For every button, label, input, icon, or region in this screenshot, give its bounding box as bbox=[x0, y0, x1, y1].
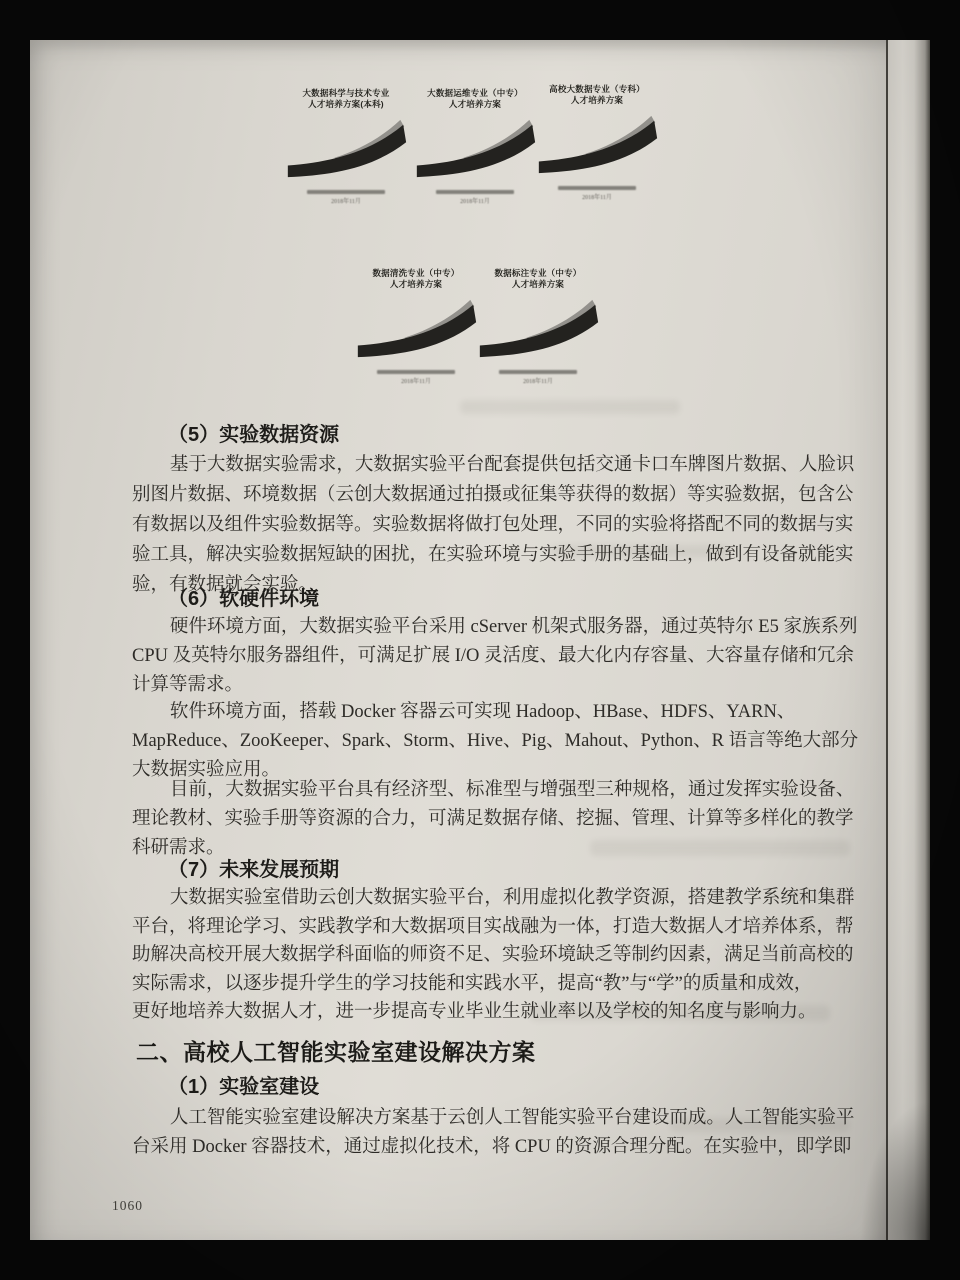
bleed-through-mark bbox=[590, 840, 850, 856]
cover-title: 大数据运维专业（中专） 人才培养方案 bbox=[411, 88, 539, 110]
cover-title-line1: 大数据科学与技术专业 bbox=[282, 88, 410, 99]
cover-date: 2018年11月 bbox=[533, 194, 661, 202]
text-line: 目前，大数据实验平台具有经济型、标准型与增强型三种规格，通过发挥实验设备、 bbox=[132, 776, 856, 805]
page-corner-shadow bbox=[860, 1100, 930, 1240]
paragraph-software-env: 软件环境方面，搭载 Docker 容器云可实现 Hadoop、HBase、HDF… bbox=[132, 698, 856, 785]
heading-future-development: （7）未来发展预期 bbox=[168, 857, 892, 883]
paragraph-experiment-data: 基于大数据实验需求，大数据实验平台配套提供包括交通卡口车牌图片数据、人脸识别图片… bbox=[132, 450, 856, 600]
growth-curve-graphic bbox=[535, 113, 660, 177]
bleed-through-mark bbox=[460, 400, 680, 414]
growth-curve-graphic bbox=[284, 117, 409, 181]
text-line: 实际需求，以逐步提升学生的学习技能和实践水平，提高“教”与“学”的质量和成效， bbox=[132, 970, 856, 999]
text-line: 别图片数据、环境数据（云创大数据通过拍摄或征集等获得的数据）等实验数据，包含公 bbox=[132, 480, 856, 510]
text-line: 平台，将理论学习、实践教学和大数据项目实战融为一体，打造大数据人才培养体系，帮 bbox=[132, 913, 856, 942]
cover-title-line1: 高校大数据专业（专科） bbox=[533, 84, 661, 95]
cover-title: 大数据科学与技术专业 人才培养方案(本科) bbox=[282, 88, 410, 110]
heading-experiment-data-resources: （5）实验数据资源 bbox=[168, 422, 892, 448]
bleed-through-mark bbox=[530, 1005, 830, 1021]
cover-title-line1: 数据清洗专业（中专） bbox=[352, 268, 480, 279]
text-line: 台采用 Docker 容器技术，通过虚拟化技术，将 CPU 的资源合理分配。在实… bbox=[132, 1133, 856, 1162]
cover-title: 数据清洗专业（中专） 人才培养方案 bbox=[352, 268, 480, 290]
heading-software-hardware-env: （6）软硬件环境 bbox=[168, 586, 892, 612]
cover-date: 2018年11月 bbox=[352, 378, 480, 386]
bleed-through-mark bbox=[670, 1118, 850, 1132]
publisher-line bbox=[307, 190, 385, 194]
cover-date: 2018年11月 bbox=[282, 198, 410, 206]
publisher-line bbox=[377, 370, 455, 374]
book-photo: 大数据科学与技术专业 人才培养方案(本科) 2018年11月 大数据运维专业（中… bbox=[0, 0, 960, 1280]
cover-title-line2: 人才培养方案 bbox=[474, 279, 602, 290]
heading-ai-lab-solution: 二、高校人工智能实验室建设解决方案 bbox=[136, 1037, 860, 1067]
cover-title-line1: 大数据运维专业（中专） bbox=[411, 88, 539, 99]
growth-curve-graphic bbox=[476, 297, 601, 361]
cover-title-line2: 人才培养方案 bbox=[352, 279, 480, 290]
publisher-line bbox=[499, 370, 577, 374]
heading-lab-construction: （1）实验室建设 bbox=[168, 1074, 892, 1100]
cover-title-line2: 人才培养方案 bbox=[533, 95, 661, 106]
text-line: 基于大数据实验需求，大数据实验平台配套提供包括交通卡口车牌图片数据、人脸识 bbox=[132, 450, 856, 480]
text-line: 验工具，解决实验数据短缺的困扰，在实验环境与实验手册的基础上，做到有设备就能实 bbox=[132, 540, 856, 570]
publisher-line bbox=[558, 186, 636, 190]
growth-curve-graphic bbox=[413, 117, 538, 181]
text-line: 大数据实验室借助云创大数据实验平台，利用虚拟化教学资源，搭建教学系统和集群 bbox=[132, 884, 856, 913]
text-line: 理论教材、实验手册等资源的合力，可满足数据存储、挖掘、管理、计算等多样化的教学 bbox=[132, 805, 856, 834]
book-page: 大数据科学与技术专业 人才培养方案(本科) 2018年11月 大数据运维专业（中… bbox=[30, 40, 930, 1240]
cover-title-line1: 数据标注专业（中专） bbox=[474, 268, 602, 279]
cover-title: 高校大数据专业（专科） 人才培养方案 bbox=[533, 84, 661, 106]
bleed-through-mark bbox=[550, 545, 730, 557]
text-line: 硬件环境方面，大数据实验平台采用 cServer 机架式服务器，通过英特尔 E5… bbox=[132, 613, 856, 642]
cover-date: 2018年11月 bbox=[474, 378, 602, 386]
page-number: 1060 bbox=[112, 1198, 143, 1214]
page-edge bbox=[886, 40, 930, 1240]
cover-thumbnail-1: 大数据科学与技术专业 人才培养方案(本科) 2018年11月 bbox=[282, 88, 410, 206]
cover-thumbnail-2: 大数据运维专业（中专） 人才培养方案 2018年11月 bbox=[411, 88, 539, 206]
cover-thumbnail-4: 数据清洗专业（中专） 人才培养方案 2018年11月 bbox=[352, 268, 480, 386]
growth-curve-graphic bbox=[354, 297, 479, 361]
cover-date: 2018年11月 bbox=[411, 198, 539, 206]
paragraph-hardware-env: 硬件环境方面，大数据实验平台采用 cServer 机架式服务器，通过英特尔 E5… bbox=[132, 613, 856, 700]
paragraph-lab-construction: 人工智能实验室建设解决方案基于云创人工智能实验平台建设而成。人工智能实验平台采用… bbox=[132, 1104, 856, 1162]
cover-title-line2: 人才培养方案 bbox=[411, 99, 539, 110]
text-line: 助解决高校开展大数据学科面临的师资不足、实验环境缺乏等制约因素，满足当前高校的 bbox=[132, 941, 856, 970]
text-line: 软件环境方面，搭载 Docker 容器云可实现 Hadoop、HBase、HDF… bbox=[132, 698, 856, 727]
text-line: MapReduce、ZooKeeper、Spark、Storm、Hive、Pig… bbox=[132, 727, 856, 756]
cover-thumbnail-3: 高校大数据专业（专科） 人才培养方案 2018年11月 bbox=[533, 84, 661, 202]
cover-title: 数据标注专业（中专） 人才培养方案 bbox=[474, 268, 602, 290]
cover-thumbnail-5: 数据标注专业（中专） 人才培养方案 2018年11月 bbox=[474, 268, 602, 386]
text-line: 计算等需求。 bbox=[132, 671, 856, 700]
publisher-line bbox=[436, 190, 514, 194]
text-line: CPU 及英特尔服务器组件，可满足扩展 I/O 灵活度、最大化内存容量、大容量存… bbox=[132, 642, 856, 671]
cover-title-line2: 人才培养方案(本科) bbox=[282, 99, 410, 110]
text-line: 有数据以及组件实验数据等。实验数据将做打包处理，不同的实验将搭配不同的数据与实 bbox=[132, 510, 856, 540]
